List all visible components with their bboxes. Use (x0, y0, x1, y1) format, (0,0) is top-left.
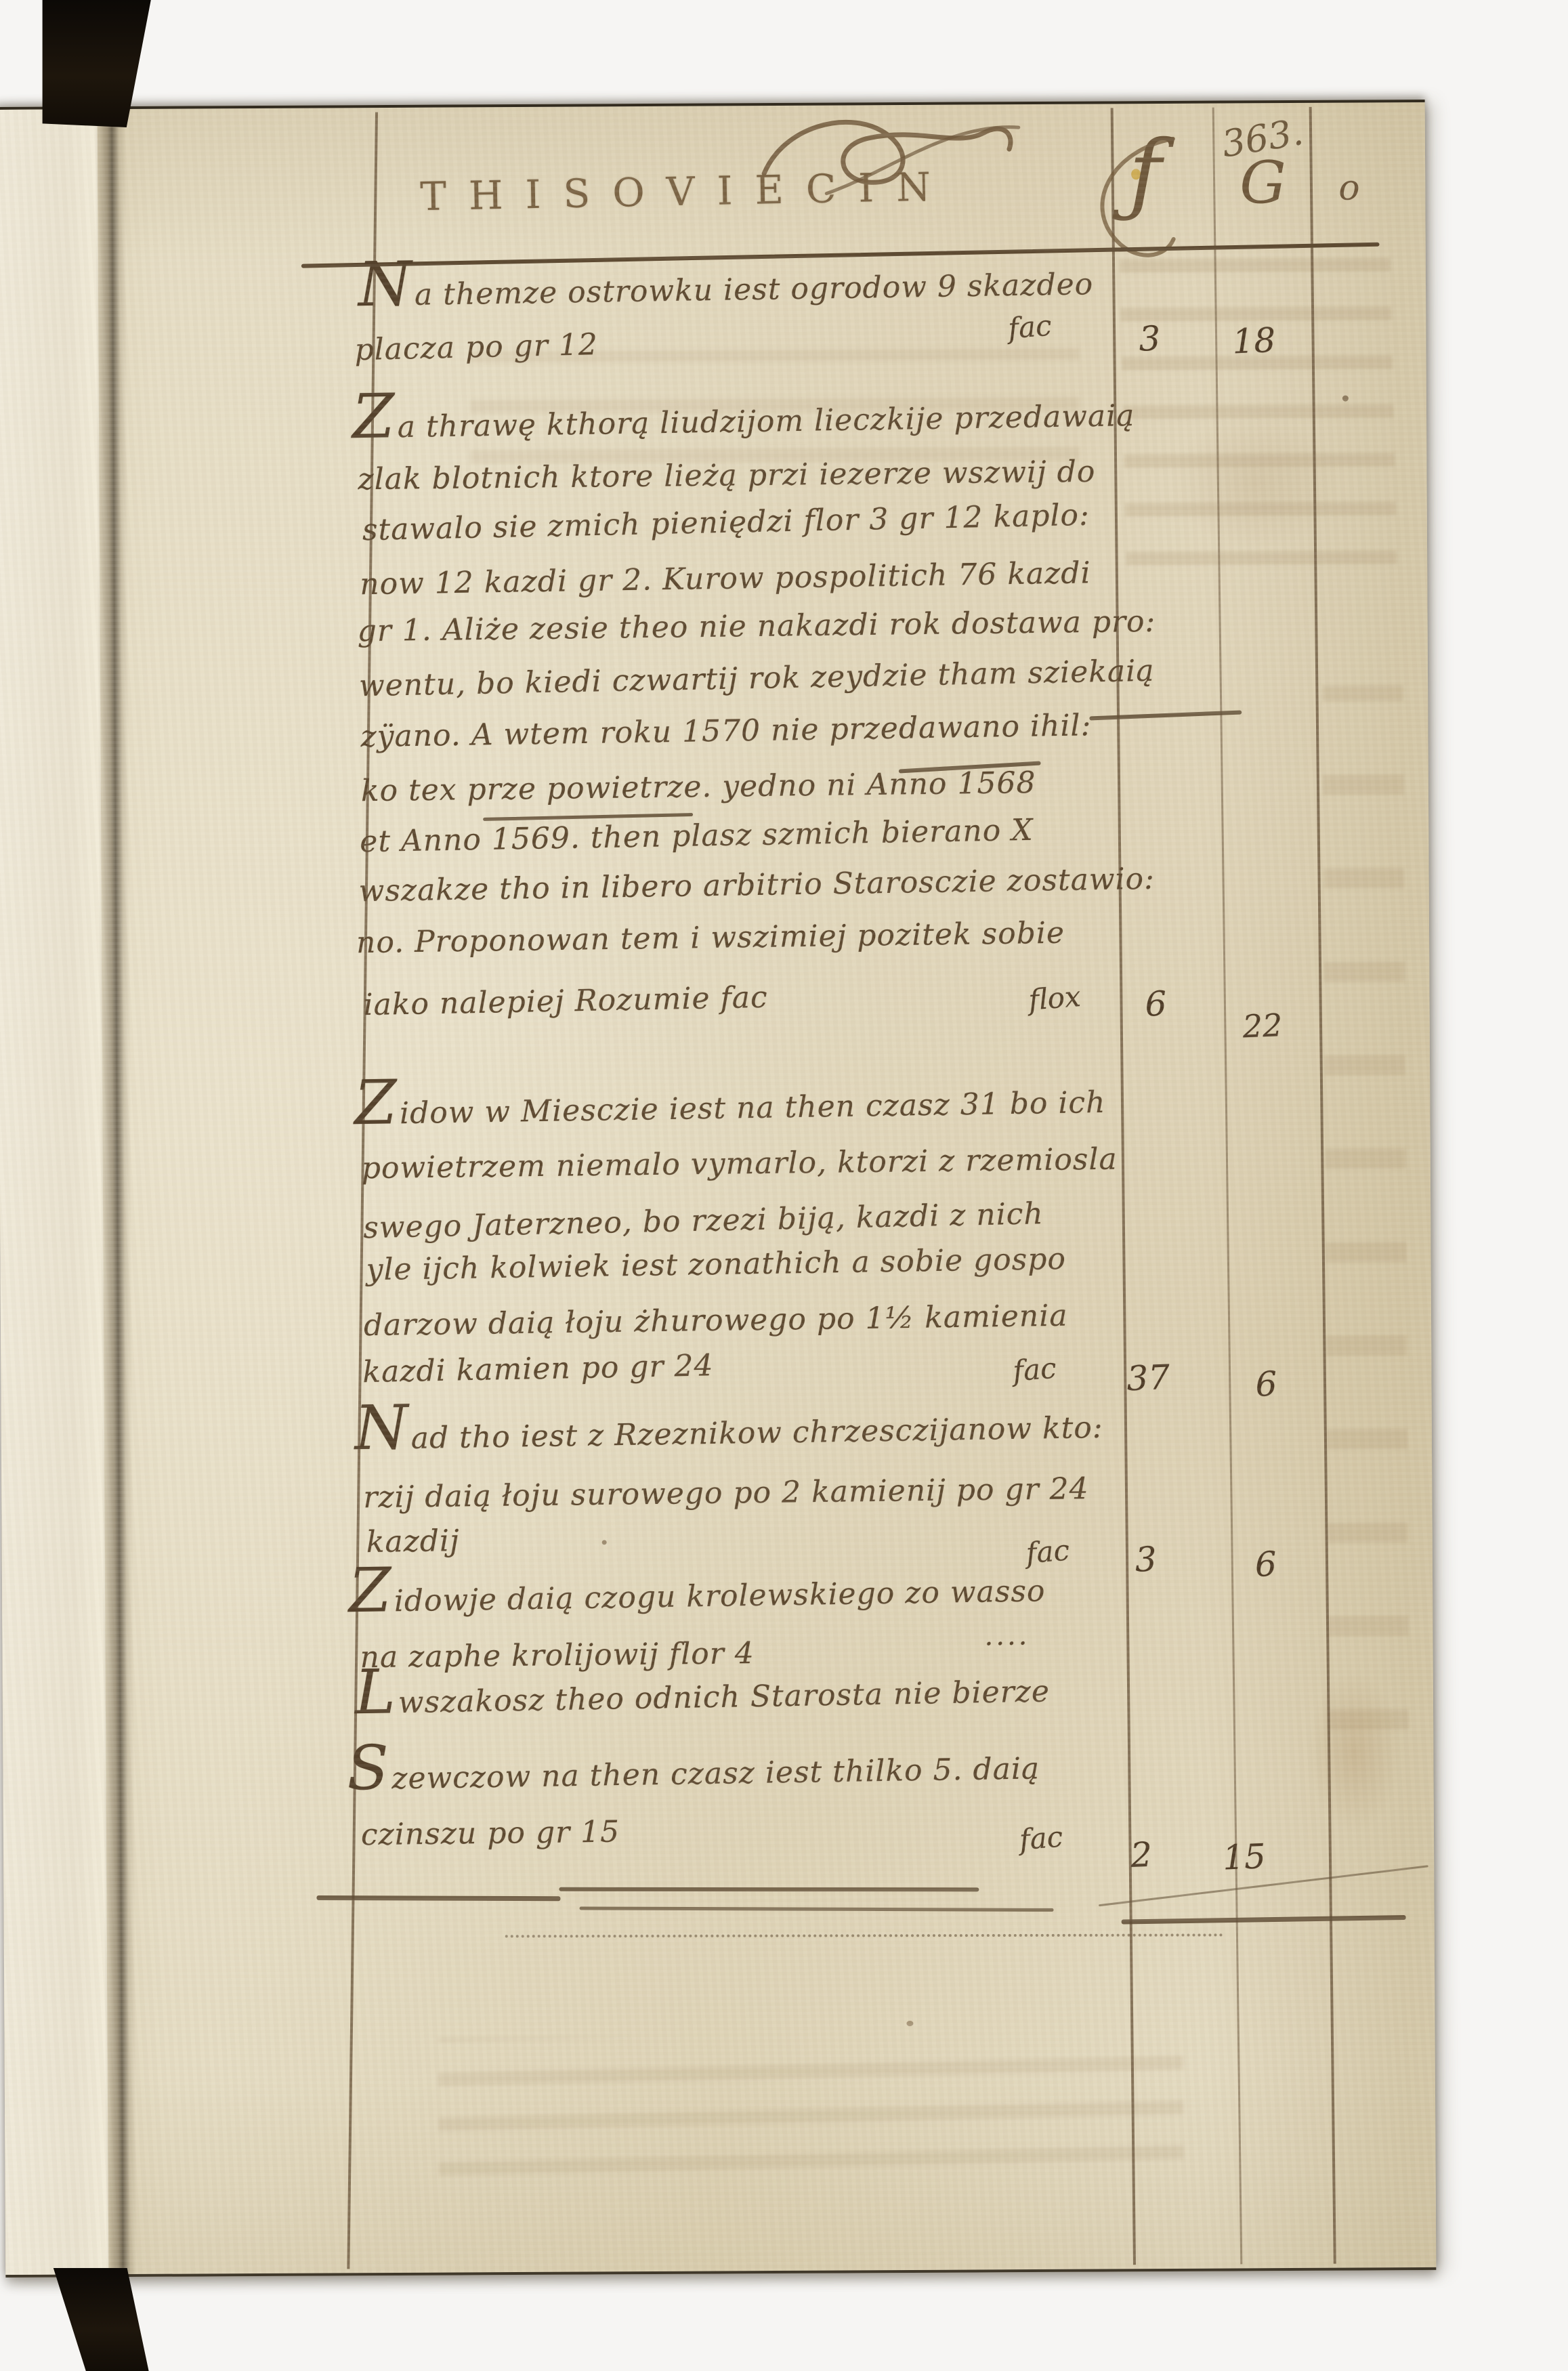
manuscript-line: zlak blotnich ktore lieżą przi iezerze w… (358, 455, 1095, 497)
page-title: THISOVIECIN (420, 163, 954, 219)
manuscript-line: rzij daią łoju surowego po 2 kamienij po… (363, 1471, 1089, 1515)
bookmark-ribbon-bottom (45, 2268, 153, 2371)
amount-florins: 37 (1126, 1358, 1170, 1399)
manuscript-line: Na themze ostrowku iest ogrodow 9 skazde… (358, 267, 1094, 313)
manuscript-line: ko tex prze powietrze. yedno ni Anno 156… (361, 765, 1036, 808)
fac-total-label: fac (1007, 309, 1053, 345)
ink-speck (1342, 396, 1349, 402)
fac-total-label: fac (1025, 1534, 1071, 1570)
manuscript-line: powietrzem niemalo vymarlo, ktorzi z rze… (362, 1142, 1118, 1186)
amount-florins: 2 (1130, 1835, 1153, 1875)
manuscript-line: Nad tho iest z Rzeznikow chrzesczijanow … (355, 1410, 1103, 1456)
amount-grossi: 6 (1254, 1364, 1277, 1404)
amount-grossi: 6 (1254, 1545, 1277, 1585)
previous-leaf-edge (0, 109, 108, 2275)
manuscript-line: iako nalepiej Rozumie fac (363, 980, 768, 1022)
manuscript-line: na zaphe krolijowij flor 4 (360, 1636, 755, 1675)
scanned-manuscript: THISOVIECIN ƒ 363. G o Na themze ostrowk… (0, 0, 1568, 2371)
flor-total-label: flox (1027, 980, 1082, 1017)
amount-grossi: 18 (1231, 320, 1276, 362)
closing-rule (559, 1887, 979, 1892)
fac-total-label: fac (1012, 1351, 1058, 1388)
verso-showthrough (1322, 685, 1410, 1803)
manuscript-line: et Anno 1569. then plasz szmich bierano … (360, 813, 1034, 859)
header-rule (301, 243, 1380, 268)
manuscript-line: wentu, bo kiedi czwartij rok zeydzie tha… (359, 654, 1155, 704)
manuscript-line: Lwszakosz theo odnich Starosta nie bierz… (355, 1674, 1051, 1721)
manuscript-line: kazdi kamien po gr 24 (362, 1348, 714, 1389)
manuscript-line: swego Jaterzneo, bo rzezi biją, kazdi z … (363, 1196, 1044, 1245)
manuscript-line: Zidowje daią czogu krolewskiego zo wasso (349, 1574, 1046, 1619)
verso-showthrough (438, 2034, 1184, 2194)
manuscript-line: Za thrawę kthorą liudzijom lieczkije prz… (352, 398, 1135, 445)
manuscript-line: wszakze tho in libero arbitrio Starosczi… (358, 862, 1155, 908)
verso-showthrough (1119, 243, 1398, 601)
closing-rule (316, 1895, 560, 1901)
manuscript-line: kazdij (366, 1524, 460, 1559)
manuscript-line: no. Proponowan tem i wszimiej pozitek so… (356, 916, 1065, 961)
manuscript-line: Szewczow na then czasz iest thilko 5. da… (347, 1751, 1040, 1797)
manuscript-line: stawalo sie zmich pieniędzi flor 3 gr 12… (362, 498, 1090, 547)
closing-rule (1122, 1915, 1406, 1925)
column-rule-obols (1309, 107, 1336, 2264)
manuscript-line: placza po gr 12 (354, 327, 598, 367)
manuscript-line: czinszu po gr 15 (361, 1815, 620, 1853)
paper-stain (1134, 387, 1378, 578)
manuscript-line: gr 1. Aliże zesie theo nie nakazdi rok d… (357, 604, 1156, 648)
closing-rule-dots (505, 1933, 1223, 1937)
paper-stain (1289, 1640, 1419, 1864)
manuscript-line: darzow daią łoju żhurowego po 1½ kamieni… (364, 1299, 1068, 1343)
column-header-grossi: G (1239, 149, 1286, 217)
manuscript-line: Zidow w Miesczie iest na then czasz 31 b… (354, 1085, 1106, 1131)
manuscript-line: now 12 kazdi gr 2. Kurow pospolitich 76 … (360, 555, 1091, 602)
margin-dash (1089, 710, 1242, 720)
manuscript-line: zÿano. A wtem roku 1570 nie przedawano i… (360, 708, 1092, 754)
ink-speck (906, 2021, 913, 2026)
fac-total-label: fac (1018, 1820, 1064, 1857)
column-header-florins: ƒ (1128, 121, 1162, 226)
column-rule-grossi (1212, 108, 1243, 2265)
manuscript-line: yle ijch kolwiek iest zonathich a sobie … (366, 1242, 1066, 1287)
amount-florins: 6 (1144, 984, 1167, 1024)
column-header-obols: o (1338, 167, 1360, 208)
ink-speck (602, 1540, 607, 1545)
manuscript-page: THISOVIECIN ƒ 363. G o Na themze ostrowk… (0, 100, 1436, 2278)
amount-florins: 3 (1135, 1540, 1158, 1580)
amount-florins: 3 (1138, 318, 1161, 358)
ellipsis-mark: .... (984, 1620, 1030, 1652)
closing-rule (580, 1906, 1054, 1911)
amount-grossi: 22 (1242, 1007, 1284, 1045)
amount-grossi: 15 (1222, 1837, 1267, 1878)
